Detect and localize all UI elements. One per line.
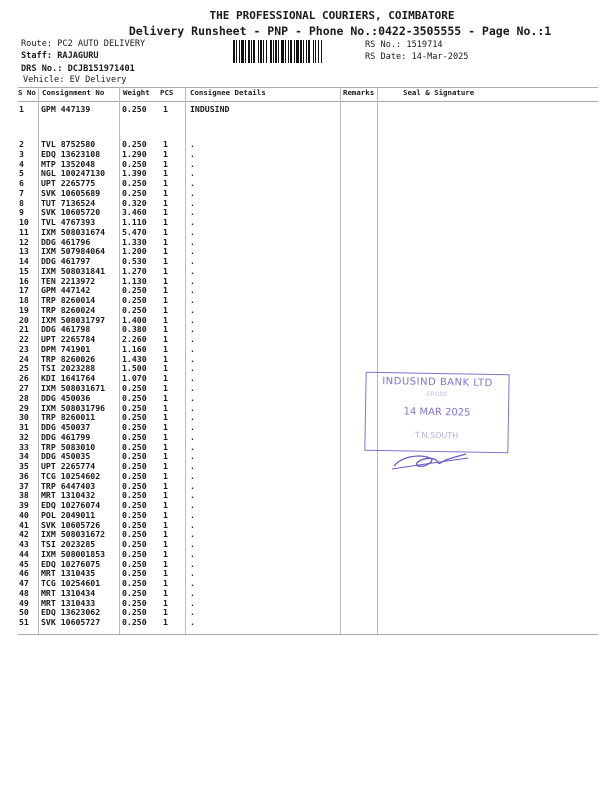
table-row: 4MTP 13520480.2501. <box>0 159 600 169</box>
table-row: 33TRP 50830100.2501. <box>0 442 600 452</box>
staff-label: Staff: RAJAGURU <box>21 51 99 61</box>
row-consignee-details: . <box>190 588 195 598</box>
row-sno: 7 <box>19 188 24 198</box>
row-weight: 0.250 <box>122 529 147 539</box>
row-sno: 38 <box>19 490 29 500</box>
row-consignment-no: EDQ 10276075 <box>41 559 100 569</box>
row-consignment-no: DDG 461796 <box>41 237 90 247</box>
table-row: 51SVK 106057270.2501. <box>0 617 600 627</box>
row-consignment-no: IXM 508031797 <box>41 315 105 325</box>
row-weight: 1.290 <box>122 149 147 159</box>
row-consignment-no: DPM 741901 <box>41 344 90 354</box>
row-weight: 1.110 <box>122 217 147 227</box>
row-pcs: 1 <box>163 432 168 442</box>
row-consignment-no: TVL 4767393 <box>41 217 95 227</box>
row-pcs: 1 <box>163 104 168 114</box>
col-header-seal-signature: Seal & Signature <box>403 88 474 97</box>
row-consignee-details: . <box>190 344 195 354</box>
table-row: 44IXM 5080018530.2501. <box>0 549 600 559</box>
row-consignee-details: . <box>190 315 195 325</box>
table-row: 31DDG 4500370.2501. <box>0 422 600 432</box>
row-pcs: 1 <box>163 149 168 159</box>
table-row: 10TVL 47673931.1101. <box>0 217 600 227</box>
row-sno: 5 <box>19 168 24 178</box>
row-sno: 39 <box>19 500 29 510</box>
table-row: 39EDQ 102760740.2501. <box>0 500 600 510</box>
row-consignment-no: MRT 1310433 <box>41 598 95 608</box>
row-sno: 8 <box>19 198 24 208</box>
table-row: 32DDG 4617990.2501. <box>0 432 600 442</box>
row-sno: 41 <box>19 520 29 530</box>
row-consignment-no: TSI 2023285 <box>41 539 95 549</box>
row-sno: 48 <box>19 588 29 598</box>
runsheet-subtitle: Delivery Runsheet - PNP - Phone No.:0422… <box>40 24 600 38</box>
row-weight: 0.250 <box>122 305 147 315</box>
row-weight: 1.070 <box>122 373 147 383</box>
row-sno: 6 <box>19 178 24 188</box>
rs-date: RS Date: 14-Mar-2025 <box>365 52 468 62</box>
table-row: 37TRP 64474030.2501. <box>0 481 600 491</box>
row-consignee-details: . <box>190 578 195 588</box>
row-consignment-no: POL 2049011 <box>41 510 95 520</box>
stamp-date: 14 MAR 2025 <box>366 406 508 419</box>
row-weight: 0.250 <box>122 403 147 413</box>
row-consignment-no: GPM 447139 <box>41 104 90 114</box>
row-consignment-no: SVK 10605727 <box>41 617 100 627</box>
row-consignee-details: . <box>190 324 195 334</box>
row-consignee-details: . <box>190 529 195 539</box>
row-pcs: 1 <box>163 305 168 315</box>
row-weight: 0.530 <box>122 256 147 266</box>
table-row: 11IXM 5080316745.4701. <box>0 227 600 237</box>
row-sno: 23 <box>19 344 29 354</box>
table-row: 41SVK 106057260.2501. <box>0 520 600 530</box>
row-sno: 28 <box>19 393 29 403</box>
rs-number: RS No.: 1519714 <box>365 40 443 50</box>
row-sno: 22 <box>19 334 29 344</box>
table-row: 21DDG 4617980.3801. <box>0 324 600 334</box>
drs-number: DRS No.: DCJB151971401 <box>21 64 135 74</box>
row-pcs: 1 <box>163 159 168 169</box>
bank-stamp: INDUSIND BANK LTD ERODE 14 MAR 2025 T.N.… <box>364 372 509 454</box>
row-sno: 15 <box>19 266 29 276</box>
table-row: 46MRT 13104350.2501. <box>0 568 600 578</box>
table-row: 14DDG 4617970.5301. <box>0 256 600 266</box>
row-consignee-details: . <box>190 598 195 608</box>
row-consignment-no: TRP 8260014 <box>41 295 95 305</box>
row-consignment-no: DDG 461799 <box>41 432 90 442</box>
row-sno: 2 <box>19 139 24 149</box>
row-weight: 0.250 <box>122 617 147 627</box>
table-row: 6UPT 22657750.2501. <box>0 178 600 188</box>
row-pcs: 1 <box>163 324 168 334</box>
row-consignee-details: . <box>190 412 195 422</box>
row-sno: 17 <box>19 285 29 295</box>
row-pcs: 1 <box>163 471 168 481</box>
row-sno: 19 <box>19 305 29 315</box>
row-consignment-no: UPT 2265775 <box>41 178 95 188</box>
table-row: 40POL 20490110.2501. <box>0 510 600 520</box>
row-sno: 31 <box>19 422 29 432</box>
row-pcs: 1 <box>163 500 168 510</box>
table-row: 35UPT 22657740.2501. <box>0 461 600 471</box>
row-pcs: 1 <box>163 412 168 422</box>
row-sno: 46 <box>19 568 29 578</box>
row-consignment-no: EDQ 13623108 <box>41 149 100 159</box>
row-consignment-no: KDI 1641764 <box>41 373 95 383</box>
row-consignment-no: DDG 461797 <box>41 256 90 266</box>
row-consignee-details: . <box>190 451 195 461</box>
vehicle-label: Vehicle: EV Delivery <box>23 75 126 85</box>
row-weight: 0.250 <box>122 481 147 491</box>
row-weight: 0.250 <box>122 588 147 598</box>
row-consignee-details: . <box>190 373 195 383</box>
company-title: THE PROFESSIONAL COURIERS, COIMBATORE <box>32 9 600 22</box>
row-consignment-no: MRT 1310434 <box>41 588 95 598</box>
row-consignee-details: . <box>190 198 195 208</box>
row-pcs: 1 <box>163 451 168 461</box>
table-top-border <box>18 87 598 88</box>
row-pcs: 1 <box>163 588 168 598</box>
row-consignee-details: . <box>190 461 195 471</box>
row-consignee-details: . <box>190 237 195 247</box>
table-row: 17GPM 4471420.2501. <box>0 285 600 295</box>
row-weight: 5.470 <box>122 227 147 237</box>
table-row: 38MRT 13104320.2501. <box>0 490 600 500</box>
table-row: 34DDG 4500350.2501. <box>0 451 600 461</box>
row-consignee-details: . <box>190 149 195 159</box>
row-sno: 4 <box>19 159 24 169</box>
row-consignee-details: . <box>190 442 195 452</box>
row-weight: 1.400 <box>122 315 147 325</box>
row-pcs: 1 <box>163 578 168 588</box>
table-row: 19TRP 82600240.2501. <box>0 305 600 315</box>
row-weight: 0.250 <box>122 188 147 198</box>
table-row: 8TUT 71365240.3201. <box>0 198 600 208</box>
row-consignment-no: MRT 1310432 <box>41 490 95 500</box>
row-consignee-details: . <box>190 422 195 432</box>
row-consignee-details: . <box>190 559 195 569</box>
row-sno: 44 <box>19 549 29 559</box>
row-consignee-details: . <box>190 471 195 481</box>
row-weight: 0.250 <box>122 412 147 422</box>
stamp-region: T.N.SOUTH <box>366 430 508 441</box>
row-consignee-details: . <box>190 217 195 227</box>
row-consignment-no: TUT 7136524 <box>41 198 95 208</box>
table-row: 25TSI 20232881.5001. <box>0 363 600 373</box>
row-consignment-no: UPT 2265774 <box>41 461 95 471</box>
row-consignee-details: . <box>190 188 195 198</box>
table-row: 22UPT 22657842.2601. <box>0 334 600 344</box>
table-row: 7SVK 106056890.2501. <box>0 188 600 198</box>
row-sno: 30 <box>19 412 29 422</box>
row-weight: 0.320 <box>122 198 147 208</box>
row-consignment-no: DDG 450037 <box>41 422 90 432</box>
row-weight: 1.130 <box>122 276 147 286</box>
table-row: 20IXM 5080317971.4001. <box>0 315 600 325</box>
table-row: 12DDG 4617961.3301. <box>0 237 600 247</box>
table-row: 15IXM 5080318411.2701. <box>0 266 600 276</box>
row-consignee-details: . <box>190 549 195 559</box>
row-weight: 1.500 <box>122 363 147 373</box>
row-weight: 0.250 <box>122 159 147 169</box>
row-sno: 25 <box>19 363 29 373</box>
row-consignment-no: MRT 1310435 <box>41 568 95 578</box>
row-weight: 0.250 <box>122 578 147 588</box>
row-consignment-no: TRP 5083010 <box>41 442 95 452</box>
row-weight: 0.250 <box>122 139 147 149</box>
row-sno: 14 <box>19 256 29 266</box>
row-consignment-no: TRP 8260024 <box>41 305 95 315</box>
row-pcs: 1 <box>163 256 168 266</box>
row-consignment-no: NGL 100247130 <box>41 168 105 178</box>
row-consignment-no: IXM 508031671 <box>41 383 105 393</box>
row-weight: 0.250 <box>122 383 147 393</box>
row-consignee-details: . <box>190 159 195 169</box>
row-weight: 0.250 <box>122 442 147 452</box>
row-consignment-no: TEN 2213972 <box>41 276 95 286</box>
row-weight: 0.250 <box>122 285 147 295</box>
row-pcs: 1 <box>163 598 168 608</box>
row-weight: 0.250 <box>122 510 147 520</box>
row-pcs: 1 <box>163 383 168 393</box>
table-row: 36TCG 102546020.2501. <box>0 471 600 481</box>
signature-icon <box>390 450 470 472</box>
row-weight: 0.250 <box>122 432 147 442</box>
row-sno: 37 <box>19 481 29 491</box>
row-weight: 0.380 <box>122 324 147 334</box>
row-weight: 3.460 <box>122 207 147 217</box>
row-pcs: 1 <box>163 198 168 208</box>
table-row: 3EDQ 136231081.2901. <box>0 149 600 159</box>
row-consignment-no: SVK 10605689 <box>41 188 100 198</box>
row-sno: 47 <box>19 578 29 588</box>
stamp-branch: ERODE <box>366 390 508 399</box>
row-sno: 13 <box>19 246 29 256</box>
row-consignee-details: . <box>190 246 195 256</box>
row-weight: 0.250 <box>122 490 147 500</box>
row-pcs: 1 <box>163 617 168 627</box>
row-consignee-details: . <box>190 354 195 364</box>
table-row: 18TRP 82600140.2501. <box>0 295 600 305</box>
row-weight: 2.260 <box>122 334 147 344</box>
row-sno: 34 <box>19 451 29 461</box>
row-consignment-no: TRP 8260011 <box>41 412 95 422</box>
table-row: 23DPM 7419011.1601. <box>0 344 600 354</box>
col-header-consignee: Consignee Details <box>190 88 266 97</box>
row-weight: 0.250 <box>122 178 147 188</box>
row-sno: 3 <box>19 149 24 159</box>
row-pcs: 1 <box>163 510 168 520</box>
row-consignment-no: TCG 10254601 <box>41 578 100 588</box>
row-consignee-details: . <box>190 168 195 178</box>
row-sno: 9 <box>19 207 24 217</box>
row-consignment-no: IXM 508031672 <box>41 529 105 539</box>
row-consignee-details: . <box>190 363 195 373</box>
row-weight: 0.250 <box>122 500 147 510</box>
row-pcs: 1 <box>163 354 168 364</box>
row-weight: 1.160 <box>122 344 147 354</box>
header-bottom-border <box>18 101 598 102</box>
row-pcs: 1 <box>163 246 168 256</box>
row-consignment-no: IXM 507984064 <box>41 246 105 256</box>
row-weight: 0.250 <box>122 451 147 461</box>
row-pcs: 1 <box>163 559 168 569</box>
col-header-weight: Weight <box>123 88 150 97</box>
row-sno: 50 <box>19 607 29 617</box>
row-consignment-no: EDQ 13623062 <box>41 607 100 617</box>
row-pcs: 1 <box>163 403 168 413</box>
table-row: 27IXM 5080316710.2501. <box>0 383 600 393</box>
row-consignee-details: . <box>190 607 195 617</box>
row-sno: 24 <box>19 354 29 364</box>
row-weight: 0.250 <box>122 461 147 471</box>
row-sno: 51 <box>19 617 29 627</box>
row-weight: 0.250 <box>122 422 147 432</box>
row-consignment-no: IXM 508001853 <box>41 549 105 559</box>
row-consignee-details: . <box>190 403 195 413</box>
row-consignment-no: EDQ 10276074 <box>41 500 100 510</box>
row-weight: 0.250 <box>122 607 147 617</box>
row-sno: 10 <box>19 217 29 227</box>
row-consignment-no: TRP 6447403 <box>41 481 95 491</box>
table-row: 47TCG 102546010.2501. <box>0 578 600 588</box>
table-row: 5NGL 1002471301.3901. <box>0 168 600 178</box>
row-consignee-details: . <box>190 510 195 520</box>
row-pcs: 1 <box>163 490 168 500</box>
row-weight: 0.250 <box>122 295 147 305</box>
row-consignment-no: TVL 8752580 <box>41 139 95 149</box>
table-row: 49MRT 13104330.2501. <box>0 598 600 608</box>
row-consignment-no: DDG 450035 <box>41 451 90 461</box>
row-weight: 0.250 <box>122 393 147 403</box>
row-pcs: 1 <box>163 461 168 471</box>
row-consignment-no: DDG 461798 <box>41 324 90 334</box>
row-pcs: 1 <box>163 334 168 344</box>
row-consignment-no: IXM 508031674 <box>41 227 105 237</box>
table-row: 24TRP 82600261.4301. <box>0 354 600 364</box>
row-weight: 1.270 <box>122 266 147 276</box>
table-row: 9SVK 106057203.4601. <box>0 207 600 217</box>
row-consignment-no: TSI 2023288 <box>41 363 95 373</box>
row-pcs: 1 <box>163 217 168 227</box>
row-pcs: 1 <box>163 139 168 149</box>
row-sno: 21 <box>19 324 29 334</box>
table-row: 26KDI 16417641.0701. <box>0 373 600 383</box>
row-pcs: 1 <box>163 539 168 549</box>
row-pcs: 1 <box>163 295 168 305</box>
row-consignee-details: . <box>190 383 195 393</box>
row-sno: 20 <box>19 315 29 325</box>
row-pcs: 1 <box>163 568 168 578</box>
row-sno: 35 <box>19 461 29 471</box>
table-row: 13IXM 5079840641.2001. <box>0 246 600 256</box>
table-row: 50EDQ 136230620.2501. <box>0 607 600 617</box>
row-pcs: 1 <box>163 266 168 276</box>
table-row: 2TVL 87525800.2501. <box>0 139 600 149</box>
row-consignee-details: . <box>190 490 195 500</box>
col-header-pcs: PCS <box>160 88 173 97</box>
row-weight: 0.250 <box>122 549 147 559</box>
col-header-consignment: Consignment No <box>42 88 104 97</box>
row-pcs: 1 <box>163 344 168 354</box>
row-pcs: 1 <box>163 481 168 491</box>
row-weight: 1.430 <box>122 354 147 364</box>
row-sno: 12 <box>19 237 29 247</box>
table-row: 42IXM 5080316720.2501. <box>0 529 600 539</box>
row-sno: 49 <box>19 598 29 608</box>
row-pcs: 1 <box>163 168 168 178</box>
table-row: 45EDQ 102760750.2501. <box>0 559 600 569</box>
row-consignee-details: . <box>190 432 195 442</box>
row-consignment-no: SVK 10605720 <box>41 207 100 217</box>
row-sno: 36 <box>19 471 29 481</box>
row-consignment-no: TRP 8260026 <box>41 354 95 364</box>
row-pcs: 1 <box>163 276 168 286</box>
row-consignee-details: . <box>190 139 195 149</box>
row-pcs: 1 <box>163 227 168 237</box>
row-sno: 45 <box>19 559 29 569</box>
row-consignee-details: . <box>190 520 195 530</box>
row-consignment-no: MTP 1352048 <box>41 159 95 169</box>
row-weight: 1.200 <box>122 246 147 256</box>
row-sno: 33 <box>19 442 29 452</box>
row-pcs: 1 <box>163 363 168 373</box>
row-pcs: 1 <box>163 188 168 198</box>
row-consignee-details: . <box>190 481 195 491</box>
row-consignee-details: . <box>190 276 195 286</box>
row-pcs: 1 <box>163 207 168 217</box>
table-row: 30TRP 82600110.2501. <box>0 412 600 422</box>
row-weight: 0.250 <box>122 539 147 549</box>
row-pcs: 1 <box>163 520 168 530</box>
stamp-bank-name: INDUSIND BANK LTD <box>366 376 508 389</box>
row-consignee-details: . <box>190 334 195 344</box>
row-weight: 0.250 <box>122 598 147 608</box>
col-header-remarks: Remarks <box>343 88 374 97</box>
row-pcs: 1 <box>163 315 168 325</box>
row-pcs: 1 <box>163 178 168 188</box>
row-consignee-details: . <box>190 256 195 266</box>
row-pcs: 1 <box>163 442 168 452</box>
row-pcs: 1 <box>163 237 168 247</box>
table-bottom-border <box>18 634 598 635</box>
row-sno: 18 <box>19 295 29 305</box>
row-consignee-details: . <box>190 500 195 510</box>
row-sno: 16 <box>19 276 29 286</box>
row-weight: 0.250 <box>122 471 147 481</box>
row-sno: 43 <box>19 539 29 549</box>
row-sno: 42 <box>19 529 29 539</box>
row-consignee-details: . <box>190 568 195 578</box>
row-consignee-details: . <box>190 295 195 305</box>
table-row: 43TSI 20232850.2501. <box>0 539 600 549</box>
row-sno: 1 <box>19 104 24 114</box>
row-pcs: 1 <box>163 607 168 617</box>
row-consignment-no: SVK 10605726 <box>41 520 100 530</box>
row-consignment-no: IXM 508031841 <box>41 266 105 276</box>
row-sno: 11 <box>19 227 29 237</box>
row-weight: 0.250 <box>122 559 147 569</box>
row-consignee-details: . <box>190 285 195 295</box>
row-consignment-no: UPT 2265784 <box>41 334 95 344</box>
row-weight: 0.250 <box>122 568 147 578</box>
row-consignee-details: . <box>190 393 195 403</box>
row-weight: 0.250 <box>122 104 147 114</box>
row-sno: 32 <box>19 432 29 442</box>
row-consignee-details: . <box>190 305 195 315</box>
table-row: 1GPM 4471390.2501INDUSIND <box>0 104 600 114</box>
